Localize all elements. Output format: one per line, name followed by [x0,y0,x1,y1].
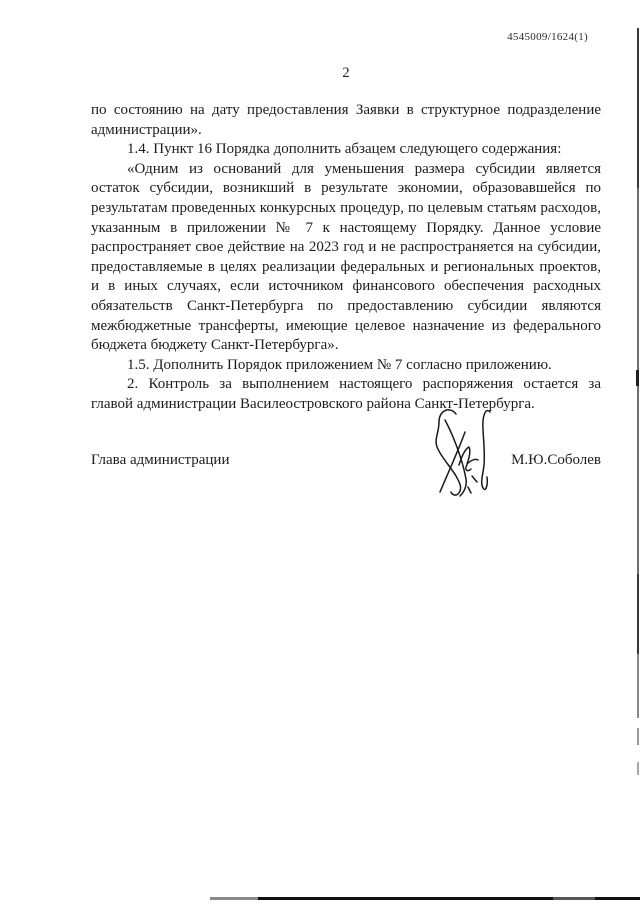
scan-edge-artifact-right [637,574,639,654]
scan-edge-artifact-bottom [210,897,258,900]
body-paragraph: 2. Контроль за выполнением настоящего ра… [91,375,601,414]
body-paragraph: «Одним из оснований для уменьшения разме… [91,160,601,356]
signatory-title: Глава администрации [91,452,229,469]
scan-edge-artifact-bottom [258,897,553,900]
doc-registration-number: 4545009/1624(1) [507,31,588,43]
body-paragraph: 1.4. Пункт 16 Порядка дополнить абзацем … [91,140,601,160]
signature-block: Глава администрации М.Ю.Соболев [91,452,601,469]
signatory-name: М.Ю.Соболев [511,452,601,469]
document-body: по состоянию на дату предоставления Заяв… [91,101,601,415]
document-page: 4545009/1624(1) 2 по состоянию на дату п… [0,0,640,905]
body-paragraph: по состоянию на дату предоставления Заяв… [91,101,601,140]
scan-edge-artifact-right [637,28,639,188]
page-number: 2 [91,65,601,82]
scan-edge-artifact-bottom [595,897,640,900]
scan-edge-artifact-right [637,386,639,574]
body-paragraph: 1.5. Дополнить Порядок приложением № 7 с… [91,356,601,376]
scan-edge-artifact-right [637,762,639,775]
scan-edge-artifact-right [637,188,639,370]
scan-edge-artifact-right [636,370,639,386]
scan-edge-artifact-bottom [553,897,595,900]
scan-edge-artifact-right [637,728,639,745]
scan-edge-artifact-right [637,654,639,718]
handwritten-signature [420,403,510,503]
